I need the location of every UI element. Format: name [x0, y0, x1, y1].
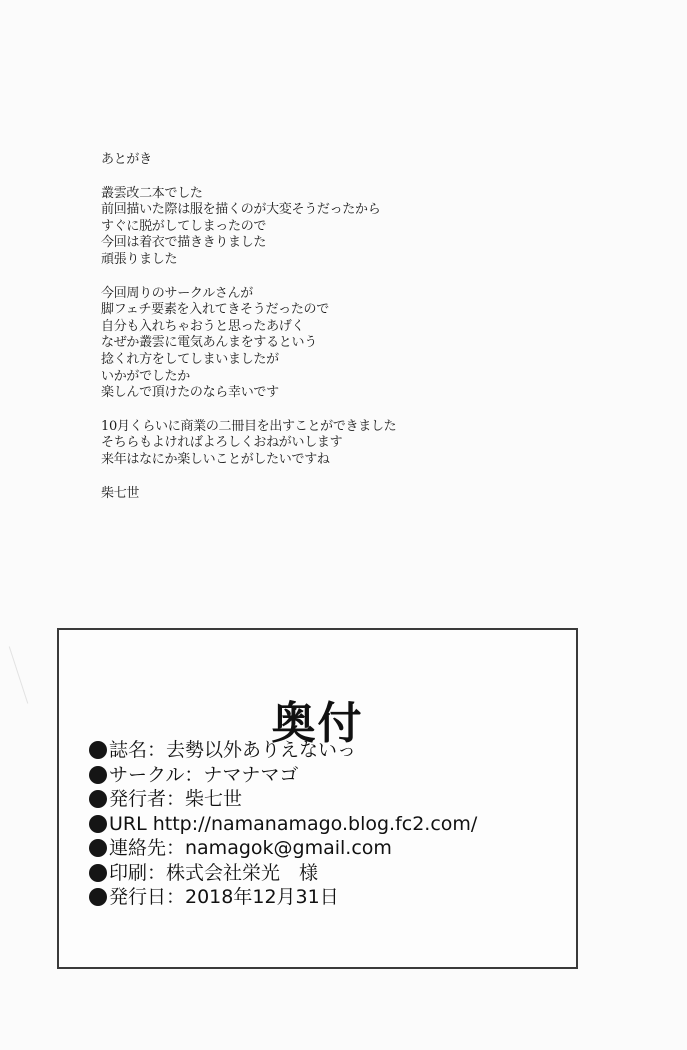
afterword-line: 楽しんで頂けたのなら幸いです [101, 385, 501, 402]
colophon-item-printer: 印刷：株式会社栄光 様 [89, 861, 477, 886]
colophon-info-list: 誌名：去勢以外ありえないっ サークル：ナマナマゴ 発行者：柴七世 URL htt… [89, 738, 477, 910]
afterword-signature-paragraph: 柴七世 [101, 486, 501, 503]
bullet-icon [89, 815, 107, 833]
afterword-line: 脚フェチ要素を入れてきそうだったので [101, 302, 501, 319]
afterword-line: 自分も入れちゃおうと思ったあげく [101, 319, 501, 336]
afterword-line: 10月くらいに商業の二冊目を出すことができました [101, 419, 501, 436]
bullet-icon [89, 888, 107, 906]
afterword-line: いかがでしたか [101, 369, 501, 386]
colophon-item-text: 誌名：去勢以外ありえないっ [109, 738, 356, 763]
afterword-line: 今回周りのサークルさんが [101, 286, 501, 303]
afterword-heading-paragraph: あとがき [101, 152, 501, 169]
afterword-paragraph-2: 今回周りのサークルさんが 脚フェチ要素を入れてきそうだったので 自分も入れちゃお… [101, 286, 501, 402]
colophon-item-text: サークル：ナマナマゴ [109, 763, 298, 788]
colophon-item-publisher: 発行者：柴七世 [89, 787, 477, 812]
colophon-item-text: 印刷：株式会社栄光 様 [109, 861, 318, 886]
colophon-item-title: 誌名：去勢以外ありえないっ [89, 738, 477, 763]
afterword-line: 叢雲改二本でした [101, 186, 501, 203]
afterword-line: すぐに脱がしてしまったので [101, 219, 501, 236]
bullet-icon [89, 864, 107, 882]
afterword-line: 頑張りました [101, 252, 501, 269]
colophon-item-text: 発行者：柴七世 [109, 787, 242, 812]
afterword-paragraph-1: 叢雲改二本でした 前回描いた際は服を描くのが大変そうだったから すぐに脱がしてし… [101, 186, 501, 269]
colophon-item-text: 発行日：2018年12月31日 [109, 885, 339, 910]
afterword-line: 来年はなにか楽しいことがしたいですね [101, 452, 501, 469]
colophon-box: 奥付 誌名：去勢以外ありえないっ サークル：ナマナマゴ 発行者：柴七世 URL … [57, 628, 578, 969]
colophon-item-contact: 連絡先：namagok@gmail.com [89, 836, 477, 861]
afterword-paragraph-3: 10月くらいに商業の二冊目を出すことができました そちらもよければよろしくおねが… [101, 419, 501, 469]
afterword-line: 前回描いた際は服を描くのが大変そうだったから [101, 202, 501, 219]
afterword-line: 今回は着衣で描ききりました [101, 235, 501, 252]
colophon-item-text: 連絡先：namagok@gmail.com [109, 836, 392, 861]
paper-scratch-mark [9, 646, 28, 703]
afterword-line: 捻くれ方をしてしまいましたが [101, 352, 501, 369]
afterword-heading: あとがき [101, 152, 501, 169]
colophon-item-date: 発行日：2018年12月31日 [89, 885, 477, 910]
colophon-item-text: URL http://namanamago.blog.fc2.com/ [109, 812, 477, 837]
bullet-icon [89, 766, 107, 784]
afterword-line: なぜか叢雲に電気あんまをするという [101, 335, 501, 352]
colophon-item-circle: サークル：ナマナマゴ [89, 763, 477, 788]
bullet-icon [89, 741, 107, 759]
afterword-section: あとがき 叢雲改二本でした 前回描いた際は服を描くのが大変そうだったから すぐに… [101, 152, 501, 519]
bullet-icon [89, 839, 107, 857]
afterword-line: そちらもよければよろしくおねがいします [101, 435, 501, 452]
bullet-icon [89, 790, 107, 808]
afterword-signature: 柴七世 [101, 486, 501, 503]
colophon-item-url: URL http://namanamago.blog.fc2.com/ [89, 812, 477, 837]
